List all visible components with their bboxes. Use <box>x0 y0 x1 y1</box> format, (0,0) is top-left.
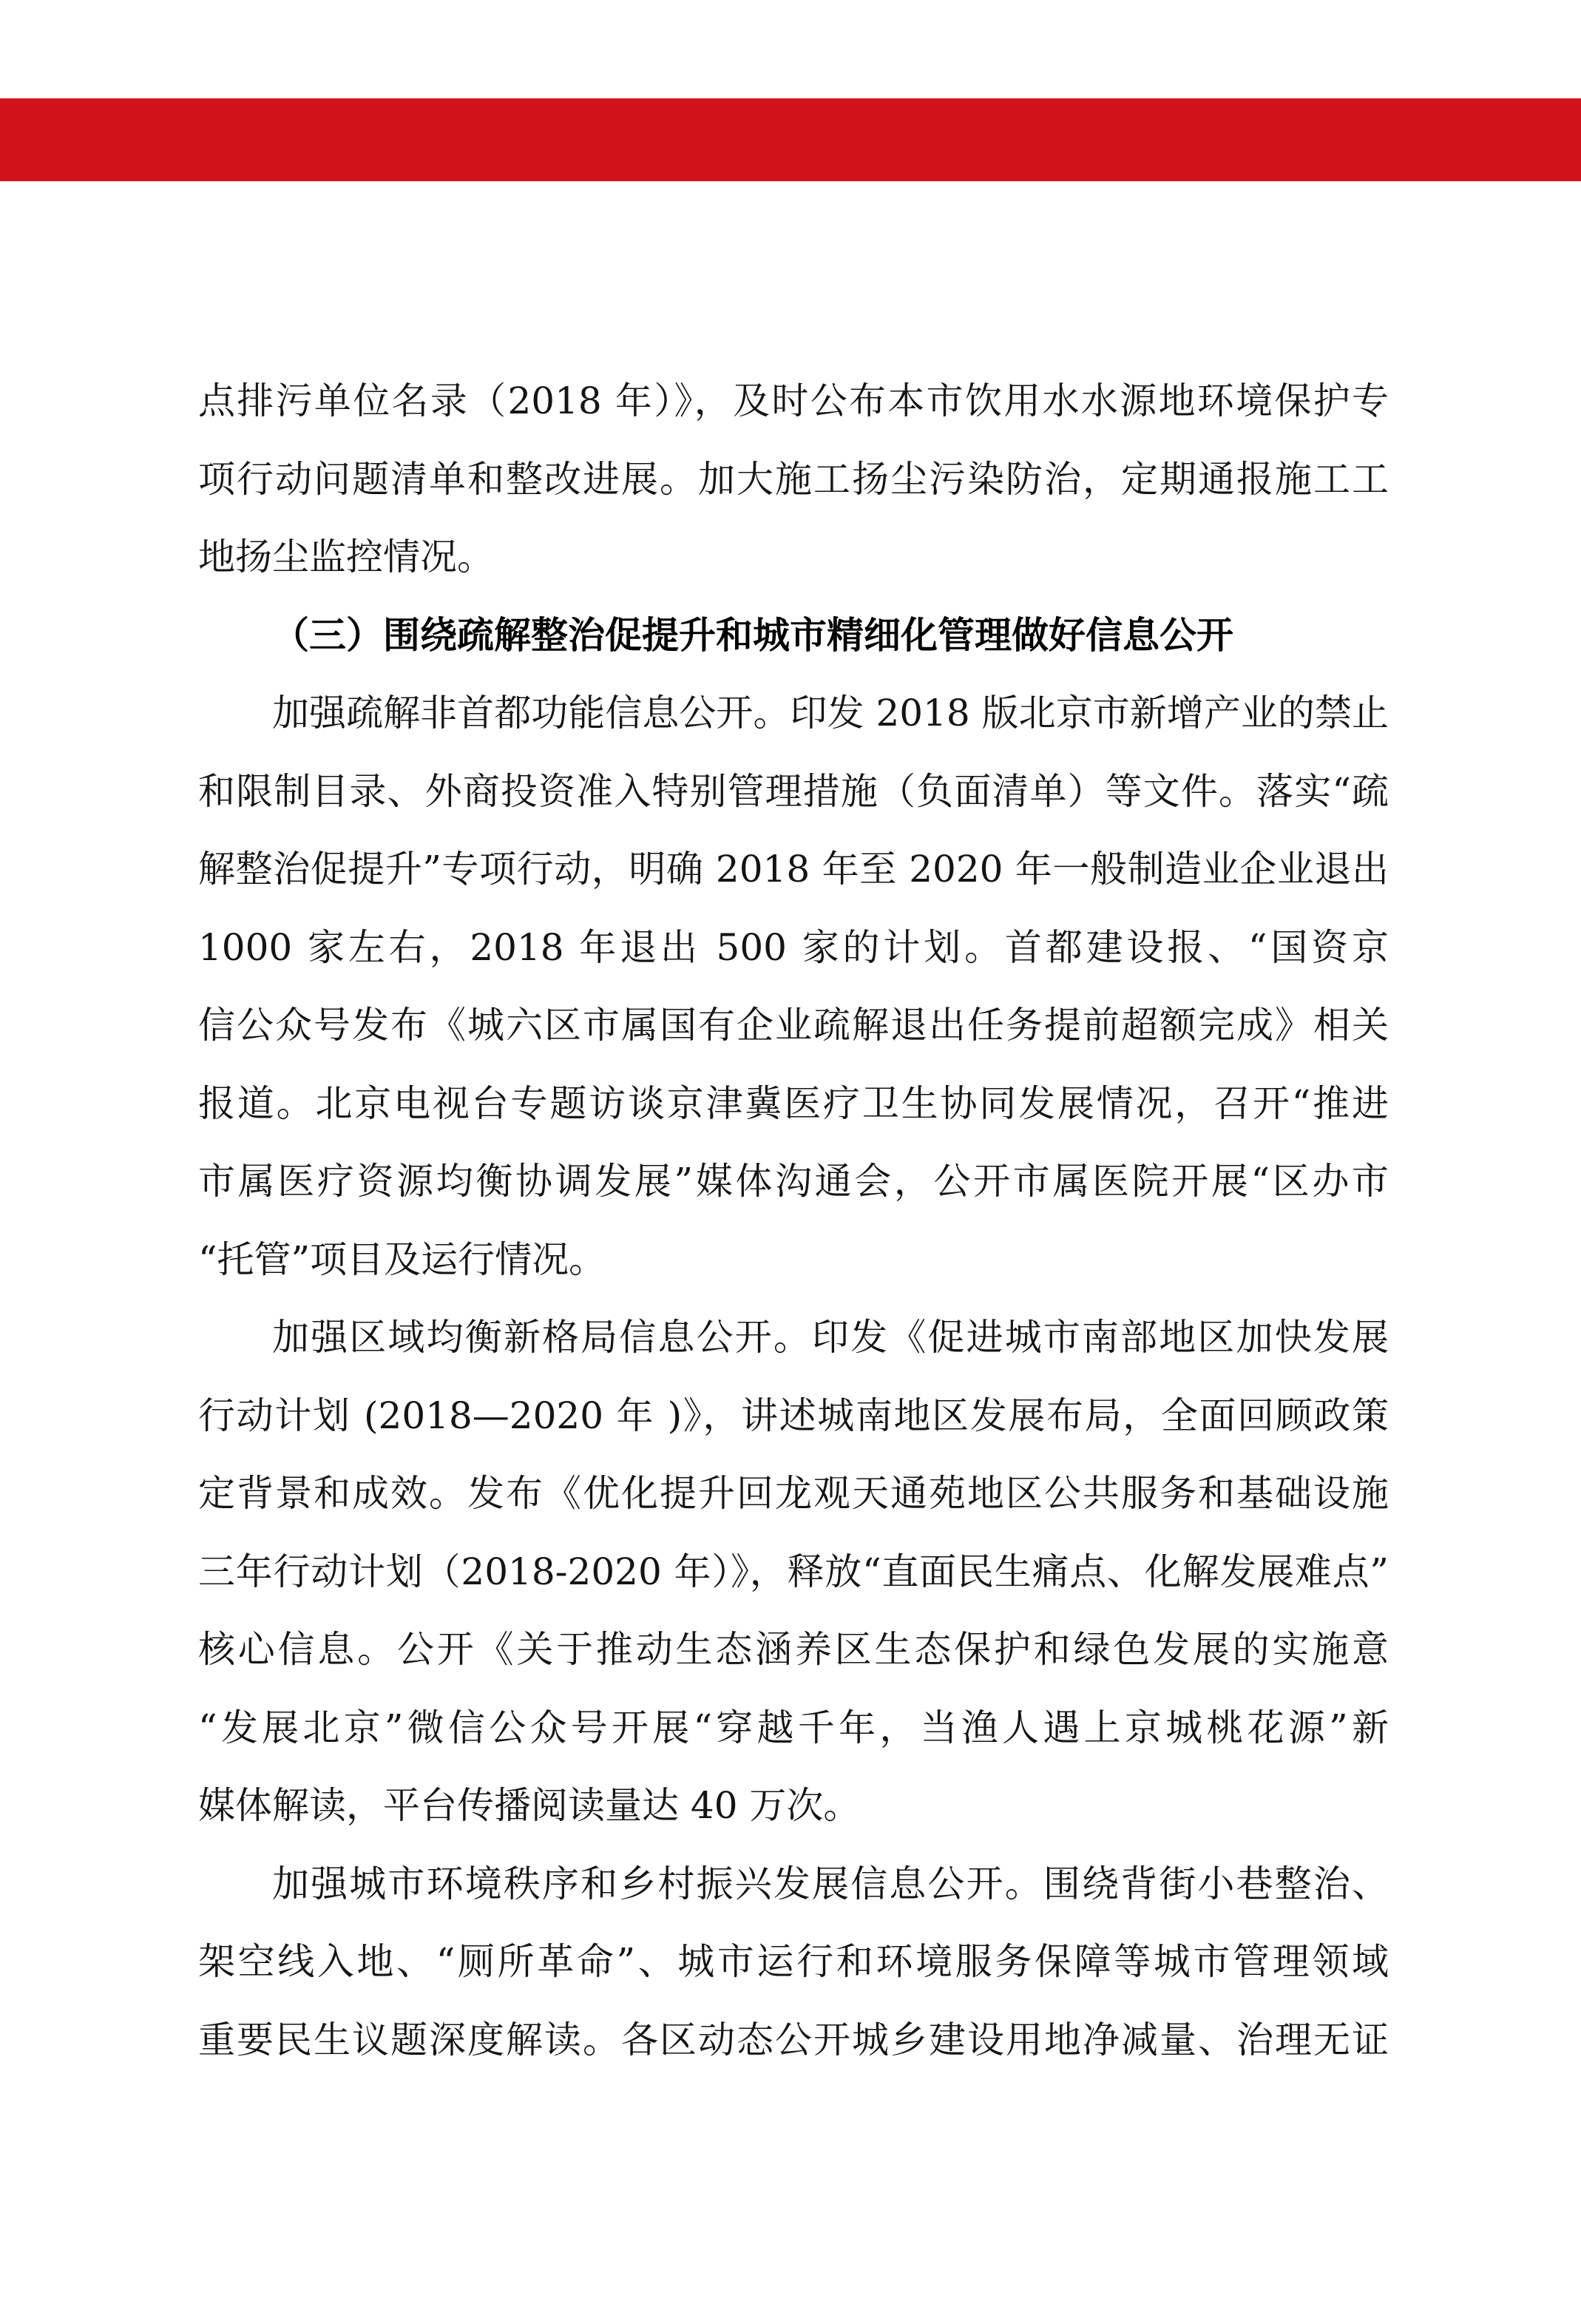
text-line: 加强区域均衡新格局信息公开。印发《促进城市南部地区加快发展 <box>198 1299 1389 1377</box>
text-line: 报道。北京电视台专题访谈京津冀医疗卫生协同发展情况，召开“推进 <box>198 1065 1389 1144</box>
document-body: 点排污单位名录（2018 年）》，及时公布本市饮用水水源地环境保护专 项行动问题… <box>198 362 1389 2079</box>
header-band: The 2018 Annual Report on the Informatio… <box>0 98 1581 181</box>
text-line: 加强疏解非首都功能信息公开。印发 2018 版北京市新增产业的禁止 <box>198 675 1389 753</box>
report-title-line1: The 2018 Annual Report on the Informatio… <box>917 215 1553 243</box>
report-title: The 2018 Annual Report on the Informatio… <box>917 215 1553 271</box>
text-line: 媒体解读，平台传播阅读量达 40 万次。 <box>198 1767 1389 1845</box>
text-line: 和限制目录、外商投资准入特别管理措施（负面清单）等文件。落实“疏 <box>198 753 1389 831</box>
text-line: 加强城市环境秩序和乡村振兴发展信息公开。围绕背街小巷整治、 <box>198 1845 1389 1924</box>
text-line: 行动计划 (2018—2020 年 )》，讲述城南地区发展布局，全面回顾政策制 <box>198 1377 1389 1456</box>
text-line: 核心信息。公开《关于推动生态涵养区生态保护和绿色发展的实施意见》， <box>198 1611 1389 1689</box>
text-line: 解整治促提升”专项行动，明确 2018 年至 2020 年一般制造业企业退出 <box>198 831 1389 909</box>
text-line: 市属医疗资源均衡协调发展”媒体沟通会，公开市属医院开展“区办市管”、 <box>198 1143 1389 1221</box>
report-title-line2: Disclosure by the Beijing Municipal Gove… <box>917 243 1553 271</box>
section-heading: （三）围绕疏解整治促提升和城市精细化管理做好信息公开 <box>198 597 1389 675</box>
text-line: 点排污单位名录（2018 年）》，及时公布本市饮用水水源地环境保护专 <box>198 362 1389 441</box>
text-line: 三年行动计划（2018-2020 年）》，释放“直面民生痛点、化解发展难点” <box>198 1533 1389 1612</box>
text-line: 定背景和成效。发布《优化提升回龙观天通苑地区公共服务和基础设施 <box>198 1455 1389 1533</box>
text-line: 1000 家左右，2018 年退出 500 家的计划。首都建设报、“国资京京”微 <box>198 909 1389 987</box>
text-line: 架空线入地、“厕所革命”、城市运行和环境服务保障等城市管理领域 <box>198 1923 1389 2002</box>
document-page: The 2018 Annual Report on the Informatio… <box>0 0 1581 2324</box>
text-line: 地扬尘监控情况。 <box>198 518 1389 597</box>
text-line: “发展北京”微信公众号开展“穿越千年，当渔人遇上京城桃花源”新 <box>198 1689 1389 1768</box>
text-line: “托管”项目及运行情况。 <box>198 1221 1389 1300</box>
text-line: 信公众号发布《城六区市属国有企业疏解退出任务提前超额完成》相关 <box>198 987 1389 1065</box>
diamond-mosaic-logo-icon <box>809 201 894 281</box>
text-line: 项行动问题清单和整改进展。加大施工扬尘污染防治，定期通报施工工 <box>198 441 1389 519</box>
text-line: 重要民生议题深度解读。各区动态公开城乡建设用地净减量、治理无证 <box>198 2002 1389 2080</box>
